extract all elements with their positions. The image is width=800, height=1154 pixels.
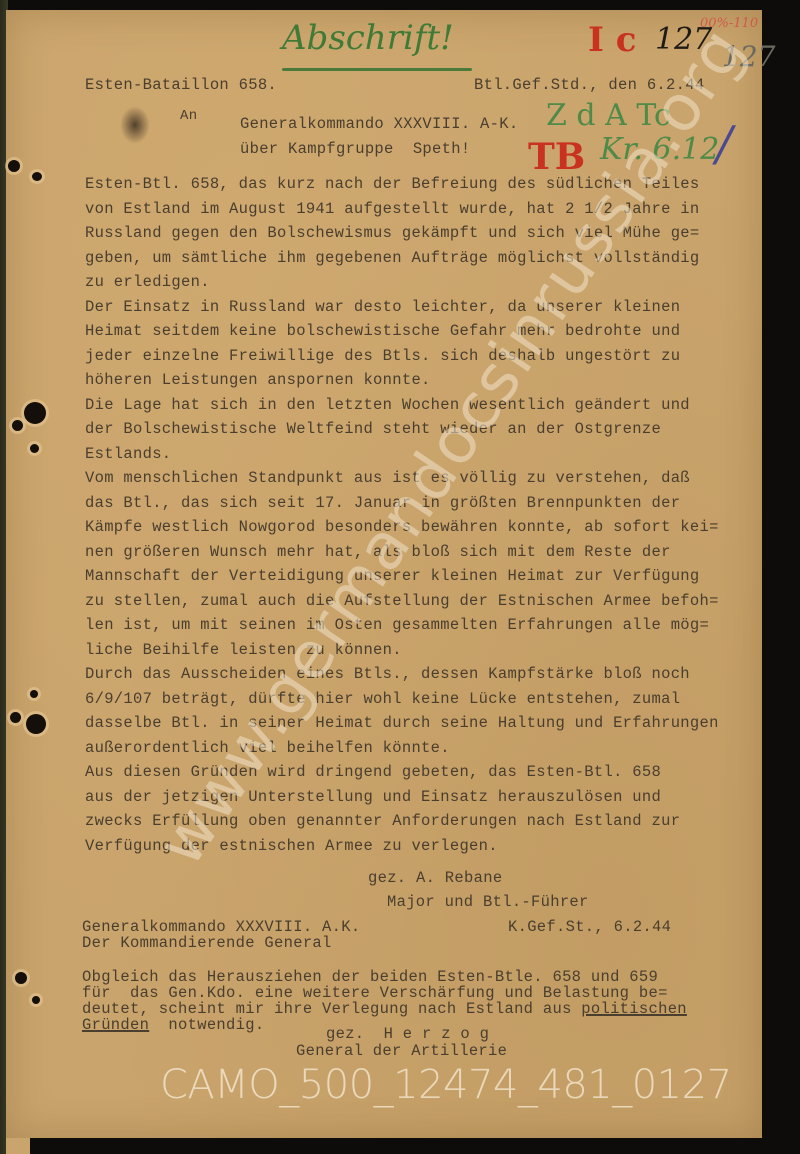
body-line: der Bolschewistische Weltfeind steht wie… [85,417,719,442]
underlined-word: politischen [581,1000,687,1018]
punch-hole [12,420,23,431]
punch-hole [8,160,20,172]
address-line-1: Generalkommando XXXVIII. A-K. [240,112,518,137]
address-line-2: über Kampfgruppe Speth! [240,137,470,162]
underlined-word: Gründen [82,1016,149,1034]
page-tab [6,1138,30,1154]
punch-hole [10,712,21,723]
punch-hole [32,172,42,181]
endorsement-line: für das Gen.Kdo. eine weitere Verschärfu… [82,985,668,1001]
body-line: zu erledigen. [85,270,719,295]
endorsement-text: notwendig. [149,1016,264,1034]
ink-smudge [120,106,150,144]
punch-hole [30,444,39,453]
body-line: Der Einsatz in Russland war desto leicht… [85,295,719,320]
sender: Esten-Bataillon 658. [85,73,277,98]
body-line: zu stellen, zumal auch die Aufstellung d… [85,589,719,614]
body-line: außerordentlich viel beihelfen könnte. [85,736,719,761]
endorsement-line: Gründen notwendig. [82,1017,264,1033]
handwritten-title: Abschrift! [282,18,454,58]
title-underline [282,68,472,71]
endorsement-place-date: K.Gef.St., 6.2.44 [508,919,671,935]
signature-name: gez. A. Rebane [368,866,502,891]
body-line: 6/9/107 beträgt, dürfte hier wohl keine … [85,687,719,712]
address-prefix: An [180,104,197,129]
body-line: jeder einzelne Freiwillige des Btls. sic… [85,344,719,369]
body-line: liche Beihilfe leisten zu können. [85,638,719,663]
signature-title: Major und Btl.-Führer [387,890,589,915]
endorsement-line: Obgleich das Herausziehen der beiden Est… [82,969,658,985]
body-line: dasselbe Btl. in seiner Heimat durch sei… [85,711,719,736]
endorsement-org-2: Der Kommandierende General [82,935,332,951]
endorsement-line: deutet, scheint mir ihre Verlegung nach … [82,1001,687,1017]
body-line: höheren Leistungen anspornen konnte. [85,368,719,393]
body-line: len ist, um mit seinen im Osten gesammel… [85,613,719,638]
endorsement-signature-title: General der Artillerie [296,1043,507,1059]
body-line: Die Lage hat sich in den letzten Wochen … [85,393,719,418]
punch-hole [30,690,38,698]
archive-mark-red: I c [588,20,636,60]
punch-hole [24,402,46,424]
punch-hole [15,972,27,984]
margin-note-blue: / [716,116,732,172]
body-line: Heimat seitdem keine bolschewistische Ge… [85,319,719,344]
endorsement-org: Generalkommando XXXVIII. A.K. [82,919,360,935]
punch-hole [26,714,46,734]
endorsement-signature: gez. H e r z o g [326,1026,489,1042]
archive-caption: CAMO_500_12474_481_0127 [160,1062,732,1108]
body-line: Aus diesen Gründen wird dringend gebeten… [85,760,719,785]
punch-hole [32,996,40,1004]
body-line: Durch das Ausscheiden eines Btls., desse… [85,662,719,687]
